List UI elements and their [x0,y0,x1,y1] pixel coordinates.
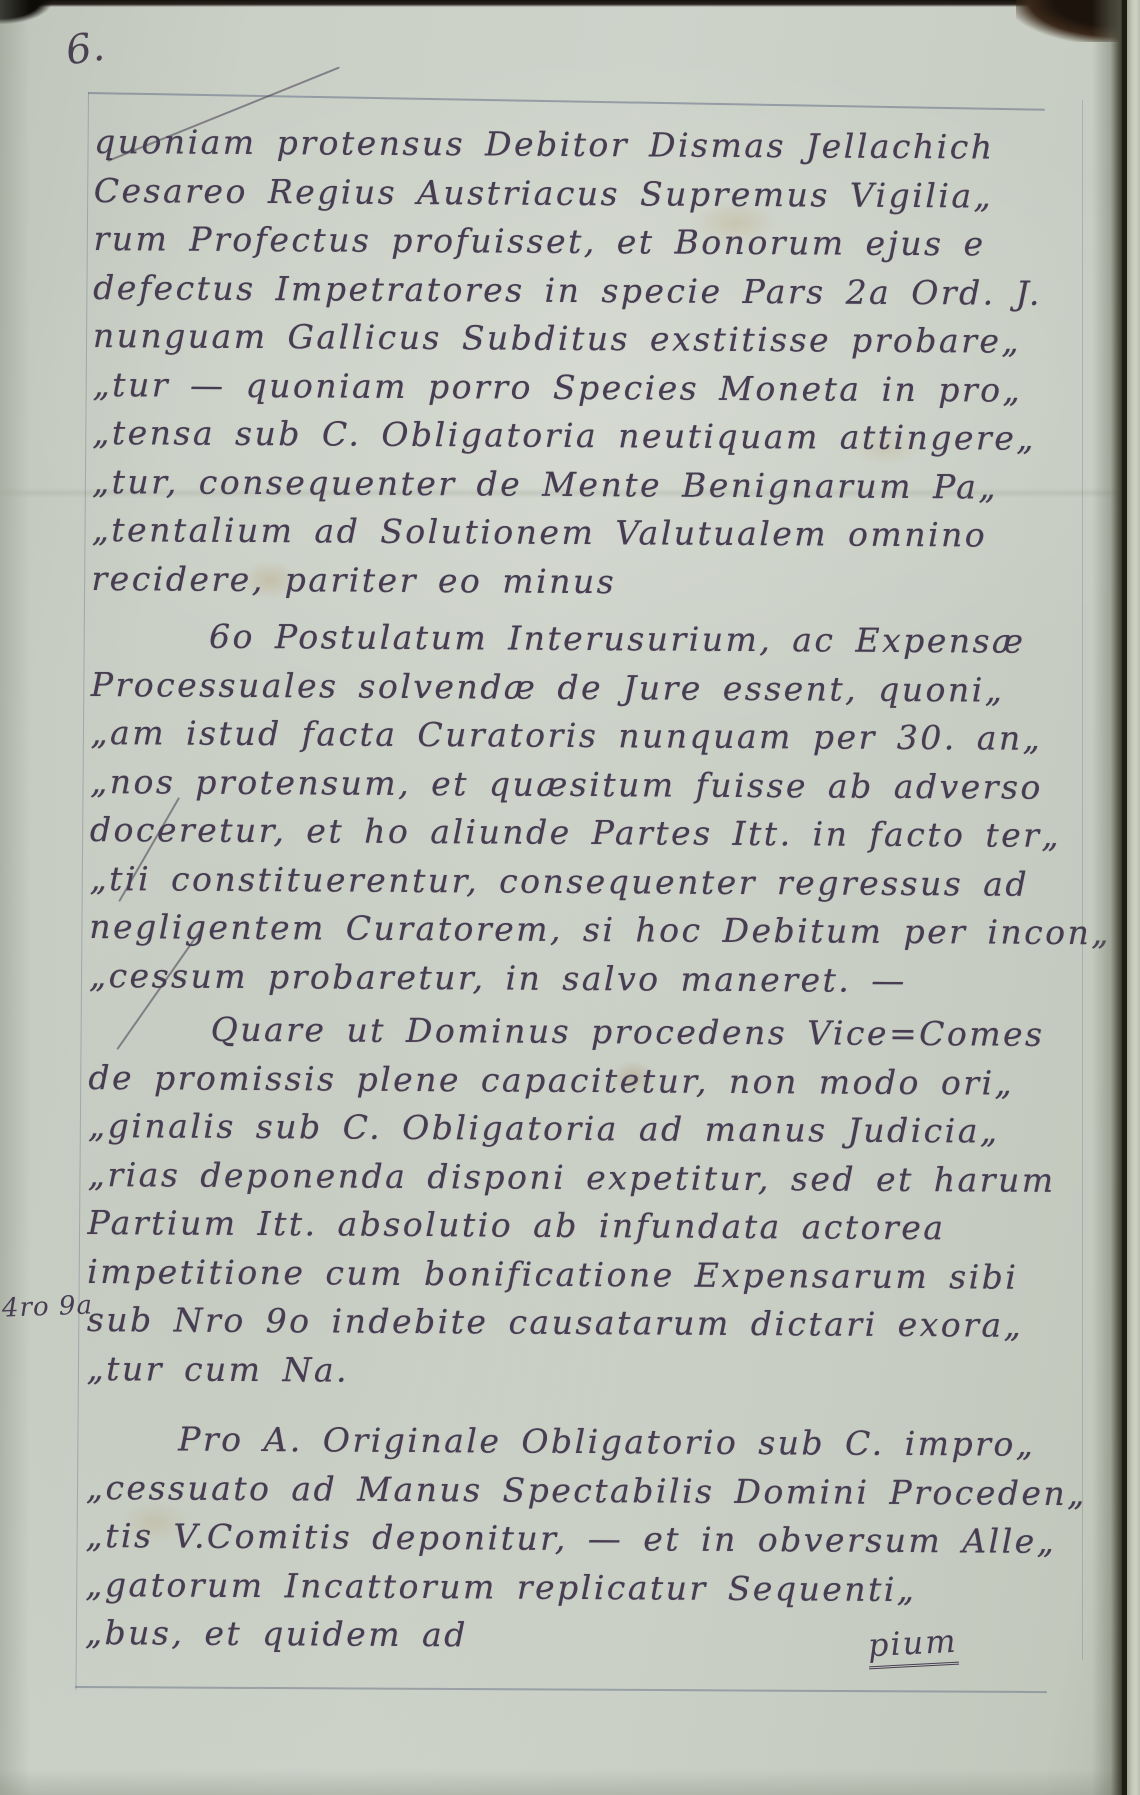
manuscript-line: sub Nro 9o indebite causatarum dictari e… [87,1296,1055,1350]
scan-top-edge [0,0,1140,7]
manuscript-line: de promissis plene capacitetur, non modo… [88,1053,1056,1107]
manuscript-line: „cessum probaretur, in salvo maneret. — [89,951,1111,1006]
manuscript-line: „tur, consequenter de Mente Benignarum P… [92,457,1041,511]
manuscript-line: Pro A. Originale Obligatorio sub C. impr… [86,1415,1087,1470]
manuscript-line: negligentem Curatorem, si hoc Debitum pe… [89,903,1111,958]
page-number: 6. [63,24,107,75]
margin-note: 4ro 9a [2,1290,94,1323]
manuscript-line: „gatorum Incattorum replicatur Sequenti„ [85,1560,1086,1615]
manuscript-line: doceretur, et ho aliunde Partes Itt. in … [90,806,1112,861]
manuscript-line: rum Profectus profuisset, et Bonorum eju… [93,215,1042,269]
binding-gutter-shadow [1092,0,1126,1795]
paragraph-1: quoniam protensus Debitor Dismas Jellach… [91,118,1043,609]
manuscript-line: defectus Impetratores in specie Pars 2a … [93,263,1042,317]
manuscript-line: „cessuato ad Manus Spectabilis Domini Pr… [86,1463,1087,1518]
manuscript-line: recidere, pariter eo minus [91,554,1040,608]
paragraph-2: 6o Postulatum Interusurium, ac ExpensæPr… [89,612,1113,1006]
manuscript-line: „tentalium ad Solutionem Valutualem omni… [92,506,1041,560]
manuscript-line: nunguam Gallicus Subditus exstitisse pro… [93,312,1042,366]
manuscript-line: „tur cum Na. [86,1344,1054,1398]
paragraph-3: Quare ut Dominus procedens Vice=Comesde … [86,1005,1056,1399]
manuscript-line: „ginalis sub C. Obligatoria ad manus Jud… [88,1102,1056,1156]
manuscript-line: „rias deponenda disponi expetitur, sed e… [88,1150,1056,1204]
manuscript-line: quoniam protensus Debitor Dismas Jellach… [94,118,1043,172]
next-page-edge [1127,0,1140,1795]
catchword: pium [867,1622,959,1670]
manuscript-line: Quare ut Dominus procedens Vice=Comes [89,1005,1057,1059]
manuscript-line: 6o Postulatum Interusurium, ac Expensæ [91,612,1113,667]
manuscript-line: Cesareo Regius Austriacus Supremus Vigil… [94,166,1043,220]
manuscript-line: „tii constituerentur, consequenter regre… [89,854,1111,909]
manuscript-line: „nos protensum, et quæsitum fuisse ab ad… [90,757,1112,812]
manuscript-page: 6. quoniam protensus Debitor Dismas Jell… [0,0,1140,1795]
manuscript-line: „am istud facta Curatoris nunquam per 30… [90,709,1112,764]
ruled-frame-bottom [75,1686,1047,1693]
manuscript-line: Partium Itt. absolutio ab infundata acto… [87,1199,1055,1253]
manuscript-line: „tensa sub C. Obligatoria neutiquam atti… [92,409,1041,463]
manuscript-line: impetitione cum bonificatione Expensarum… [87,1247,1055,1301]
ruled-frame-top [88,92,1045,110]
page-left-shading [0,0,30,1795]
manuscript-line: „tis V.Comitis deponitur, — et in obvers… [85,1512,1086,1567]
manuscript-line: Processuales solvendæ de Jure essent, qu… [91,660,1113,715]
manuscript-line: „tur — quoniam porro Species Moneta in p… [93,360,1042,414]
page-bottom-shading [0,1769,1140,1795]
